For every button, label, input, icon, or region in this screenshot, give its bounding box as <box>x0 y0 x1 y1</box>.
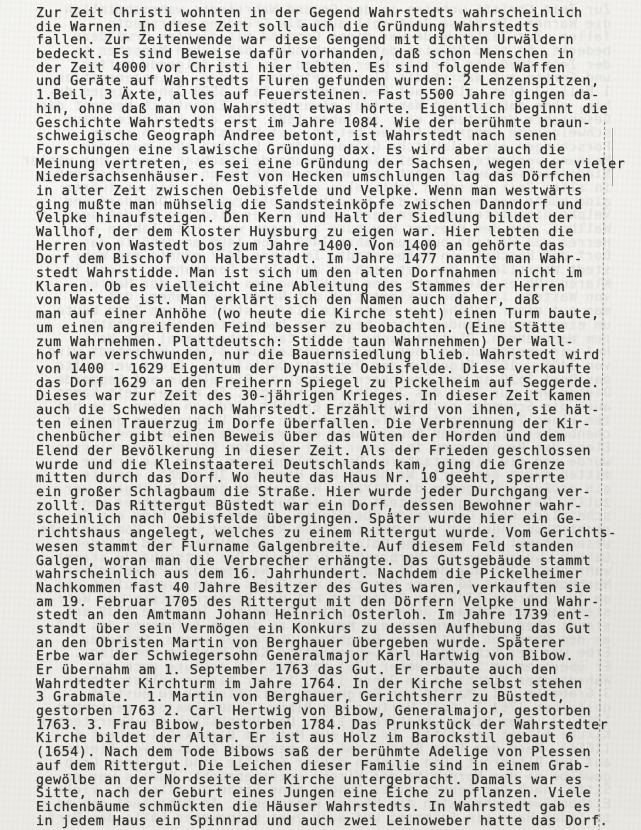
text-line: auch die Schweden nach Wahrstedt. Erzähl… <box>36 404 636 418</box>
text-line: Dieses war zur Zeit des 30-jährigen Krie… <box>36 390 636 404</box>
text-line: auf dem Rittergut. Die Leichen dieser Fa… <box>36 760 636 774</box>
text-line: von 1400 - 1629 Eigentum der Dynastie Oe… <box>36 363 636 377</box>
text-line: wahrscheinlich aus dem 16. Jahrhundert. … <box>36 568 636 582</box>
text-line: 3 Grabmale. 1. Martin von Berghauer, Ger… <box>36 691 636 705</box>
text-line: stedt an den Amtmann Johann Heinrich Ost… <box>36 609 636 623</box>
text-line: Forschungen eine slawische Gründung dax.… <box>36 144 636 158</box>
text-line: 1.Beil, 3 Äxte, alles auf Feuersteinen. … <box>36 89 636 103</box>
text-line: gestorben 1763 2. Carl Hertwig von Bibow… <box>36 705 636 719</box>
text-line: um einen angreifenden Feind besser zu be… <box>36 322 636 336</box>
text-line: hin, ohne daß man von Wahrstedt etwas hö… <box>36 103 636 117</box>
text-line: Wallhof, der dem Kloster Huysburg zu eig… <box>36 226 636 240</box>
text-line: wesen stammt der Flurname Galgenbreite. … <box>36 541 636 555</box>
text-line: ein großer Schlagbaum die Straße. Hier w… <box>36 486 636 500</box>
typewritten-text: Zur Zeit Christi wohnten in der Gegend W… <box>36 7 636 828</box>
text-line: in jedem Haus ein Spinnrad und auch zwei… <box>36 815 636 829</box>
text-line: Er übernahm am 1. September 1763 das Gut… <box>36 664 636 678</box>
scanned-document-page: Zur Zeit Christi wohnten in der Gegend W… <box>0 0 641 830</box>
text-line: fallen. Zur Zeitenwende war diese Gengen… <box>36 34 636 48</box>
text-line: bedeckt. Es sind Beweise dafür vorhanden… <box>36 48 636 62</box>
text-line: hof war verschwunden, nur die Bauernsied… <box>36 349 636 363</box>
text-line: standt über sein Vermögen ein Konkurs zu… <box>36 623 636 637</box>
text-line: richtshaus angelegt, welches zu einem Ri… <box>36 527 636 541</box>
text-line: Nachkommen fast 40 Jahre Besitzer des Gu… <box>36 582 636 596</box>
text-line: chenbücher gibt einen Beweis über das Wü… <box>36 431 636 445</box>
text-line: Niedersachsenhäuser. Fest von Hecken ums… <box>36 171 636 185</box>
text-line: Sitte, nach der Geburt eines Jungen eine… <box>36 787 636 801</box>
text-line: Elend der Bevölkerung in dieser Zeit. Al… <box>36 445 636 459</box>
text-line: Zur Zeit Christi wohnten in der Gegend W… <box>36 7 636 21</box>
text-line: schweigische Geograph Andree betont, ist… <box>36 130 636 144</box>
text-line: stedt Wahrstidde. Man ist sich um den al… <box>36 267 636 281</box>
text-line: mitten durch das Dorf. Wo heute das Haus… <box>36 472 636 486</box>
text-line: (1654). Nach dem Tode Bibows saß der ber… <box>36 746 636 760</box>
text-line: in alter Zeit zwischen Oebisfelde und Ve… <box>36 185 636 199</box>
fold-crease-mark <box>612 128 613 186</box>
text-line: Dorf dem Bischof von Halberstadt. Im Jah… <box>36 253 636 267</box>
text-line: Erbe war der Schwiegersohn Generalmajor … <box>36 650 636 664</box>
text-line: man auf einer Anhöhe (wo heute die Kirch… <box>36 308 636 322</box>
text-line: Eichenbäume schmückten die Häuser Wahrst… <box>36 801 636 815</box>
text-line: Velpke hinaufsteigen. Den Kern und Halt … <box>36 212 636 226</box>
